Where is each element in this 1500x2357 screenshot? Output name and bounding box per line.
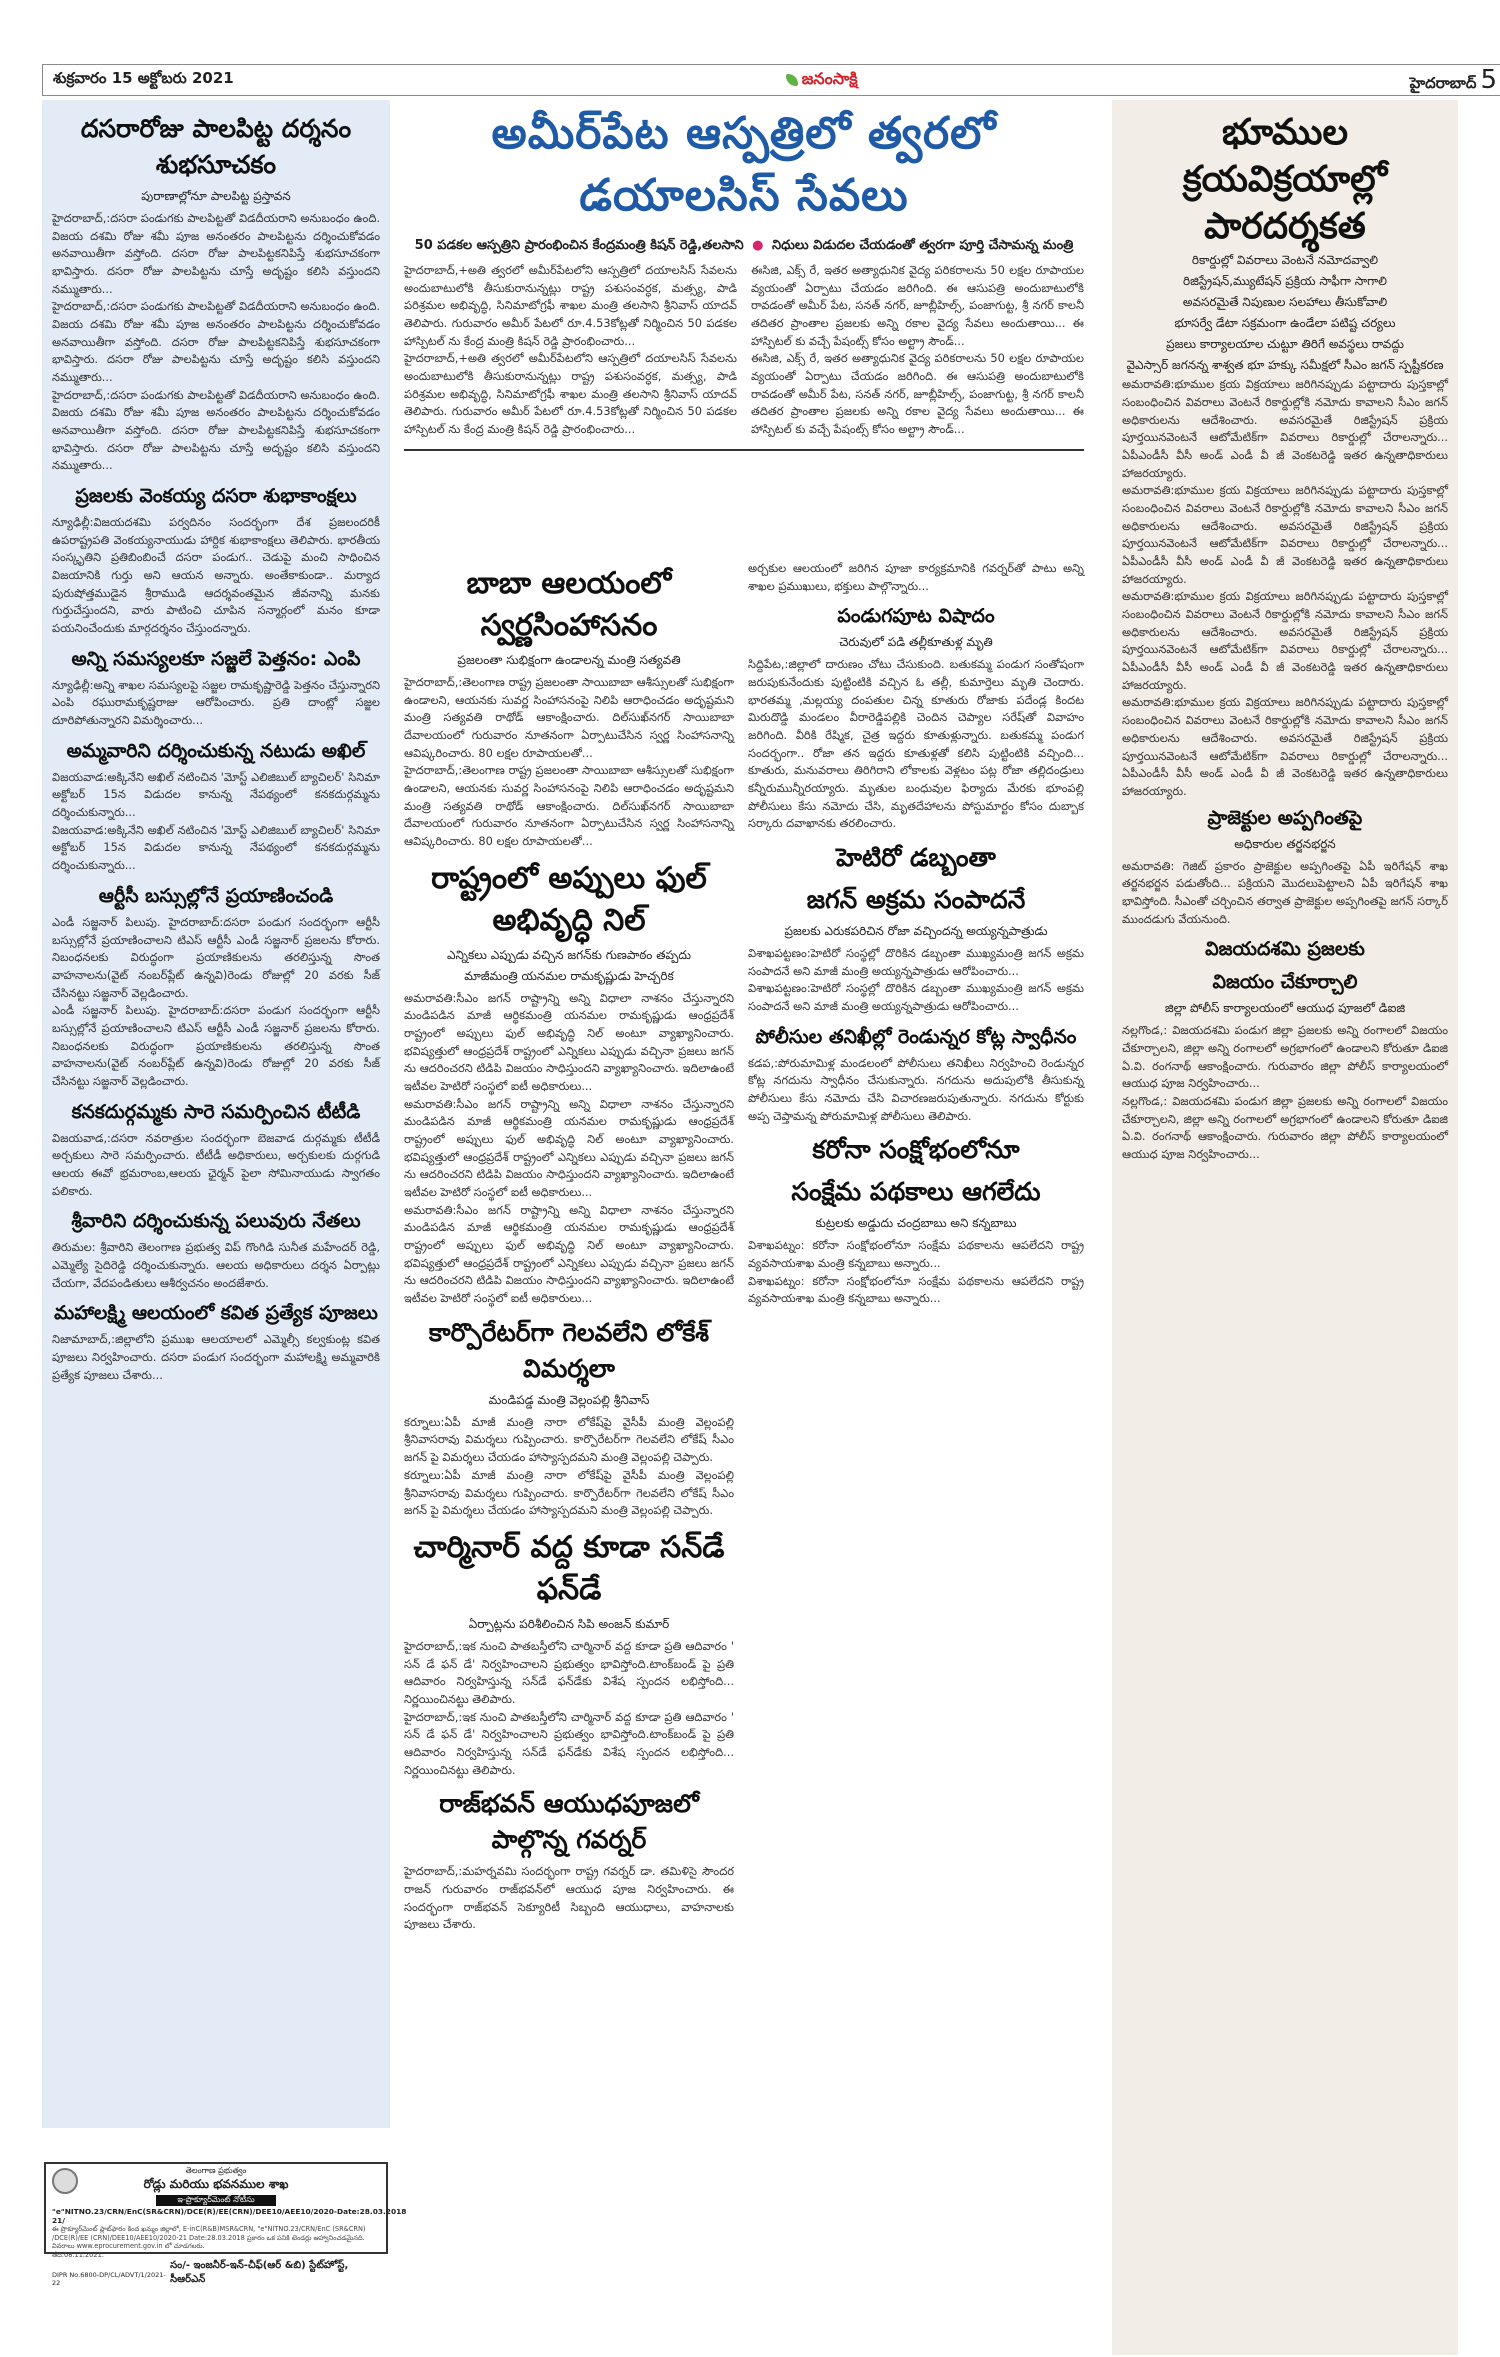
government-emblem-icon	[52, 2168, 78, 2194]
story: ప్రాజెక్టుల అప్పగింతపై అధికారుల తర్జనభర్…	[1122, 807, 1448, 929]
story-headline: చార్మినార్ వద్ద కూడా సన్‌డే ఫన్‌డే	[404, 1530, 734, 1614]
story-subhead: ఏర్పాట్లను పరిశీలించిన సిపి అంజన్ కుమార్	[404, 1617, 734, 1634]
story-headline: బాబా ఆలయంలో స్వర్ణసింహాసనం	[404, 566, 734, 650]
story-subhead: జిల్లా పోలీస్ కార్యాలయంలో ఆయుధ పూజలో డిఐ…	[1122, 1001, 1448, 1018]
story: ఆర్టీసీ బస్సుల్లోనే ప్రయాణించండి ఎండీ సజ…	[52, 885, 380, 1091]
story-headline: దసరారోజు పాలపిట్ట దర్శనం శుభసూచకం	[52, 114, 380, 186]
city-label: హైదరాబాద్	[1410, 74, 1477, 92]
story-headline: శ్రీవారిని దర్శించుకున్న పలువురు నేతలు	[52, 1210, 380, 1237]
story-body: సిద్దిపేట,:జిల్లాలో దారుణం చోటు చేసుకుంద…	[748, 656, 1084, 833]
story-body: నిజామాబాద్,:జిల్లాలోని ప్రముఖ ఆలయాలలో ఎమ…	[52, 1331, 380, 1384]
page-header: శుక్రవారం 15 అక్టోబరు 2021 జనంసాక్షి హైద…	[42, 64, 1500, 96]
lead-subheads: 50 పడకల ఆస్పత్రిని ప్రారంభించిన కేంద్రమం…	[404, 238, 1084, 256]
lead-body-right: ఈసిజి, ఎక్స్ రే, ఇతర అత్యాధునిక వైద్య పర…	[751, 262, 1084, 350]
right-subhead: భూసర్వే డేటా సక్రమంగా ఉండేలా పటిష్ట చర్య…	[1122, 313, 1448, 334]
story-body: విజయవాడ,:దసరా నవరాత్రుల సందర్భంగా బెజవాడ…	[52, 1130, 380, 1201]
story-subhead: ఎన్నికలు ఎప్పుడు వచ్చిన జగన్‌కు గుణపాఠం …	[404, 948, 734, 965]
story-body: కర్నూలు:ఏపీ మాజీ మంత్రి నారా లోకేష్‌పై వ…	[404, 1467, 734, 1520]
story-body: కడప,:పోరుమామిళ్ల మండలంలో పోలీసులు తనిఖీల…	[748, 1055, 1084, 1126]
lead-body: హైదరాబాద్,+అతి త్వరలో అమీర్‌పేటలోని ఆస్ప…	[404, 262, 1084, 439]
story-headline: విజయదశమి ప్రజలకు	[1122, 938, 1448, 965]
story-headline-2: సంక్షేమ పథకాలు ఆగలేదు	[748, 1177, 1084, 1213]
story-body: ఎండీ సజ్జనార్ పిలుపు. హైదరాబాద్:దసరా పండ…	[52, 1002, 380, 1090]
right-body: అమరావతి:భూముల క్రయ విక్రయాలు జరిగినప్పుడ…	[1122, 376, 1448, 482]
bullet-icon: ●	[752, 238, 763, 253]
brand-name: జనంసాక్షి	[802, 69, 858, 92]
story-subhead: మండిపడ్డ మంత్రి వెల్లంపల్లి శ్రీనివాస్	[404, 1393, 734, 1410]
ad-signature: సం/- ఇంజనీర్-ఇన్-చీఫ్(ఆర్ &బి) స్టేట్‌హో…	[170, 2259, 380, 2287]
story-body: విశాఖపట్టణం:హెటిరో సంస్థల్లో దొరికిన డబ్…	[748, 945, 1084, 980]
story-body: హైదరాబాద్,:దసరా పండుగకు పాలపిట్టతో విడదీ…	[52, 210, 380, 298]
lead-headline: అమీర్‌పేట ఆస్పత్రిలో త్వరలో డయాలసిస్ సేవ…	[404, 100, 1084, 232]
story: అర్చకుల ఆలయంలో జరిగిన పూజా కార్యక్రమానిక…	[748, 560, 1084, 595]
story-body: అమరావతి: గెజిట్ ప్రకారం ప్రాజెక్టుల అప్ప…	[1122, 858, 1448, 929]
story: అమ్మవారిని దర్శించుకున్న నటుడు అఖిల్ విజ…	[52, 740, 380, 875]
story: హెటిరో డబ్బంతా జగన్ అక్రమ సంపాదనే ప్రజలక…	[748, 843, 1084, 1016]
story-headline: మహాలక్ష్మి ఆలయంలో కవిత ప్రత్యేక పూజలు	[52, 1302, 380, 1329]
ad-reference: "e"NITNO.23/CRN/EnC(SR&CRN)/DCE(R)/EE(CR…	[52, 2207, 380, 2225]
story: కరోనా సంక్షోభంలోనూ సంక్షేమ పథకాలు ఆగలేదు…	[748, 1135, 1084, 1308]
story-headline: ఆర్టీసీ బస్సుల్లోనే ప్రయాణించండి	[52, 885, 380, 912]
lead-story: అమీర్‌పేట ఆస్పత్రిలో త్వరలో డయాలసిస్ సేవ…	[404, 100, 1084, 461]
page-number: 5	[1480, 65, 1497, 95]
story-body: విశాఖపట్నం: కరోనా సంక్షోభంలోనూ సంక్షేమ ప…	[748, 1273, 1084, 1308]
story-headline: పోలీసుల తనిఖీల్లో రెండున్నర కోట్ల స్వాధీ…	[748, 1026, 1084, 1053]
story-body: హైదరాబాద్,:దసరా పండుగకు పాలపిట్టతో విడదీ…	[52, 387, 380, 475]
story-headline: కరోనా సంక్షోభంలోనూ	[748, 1135, 1084, 1171]
story-body: హైదరాబాద్,:ఇక నుంచి పాతబస్తీలోని చార్మిన…	[404, 1709, 734, 1780]
story-body: విజయవాడ:అక్కినేని అఖిల్ నటించిన 'మోస్ట్ …	[52, 769, 380, 822]
lead-body-left: హైదరాబాద్,+అతి త్వరలో అమీర్‌పేటలోని ఆస్ప…	[404, 262, 737, 350]
story-subhead: ప్రజలంతా సుభిక్షంగా ఉండాలన్న మంత్రి సత్య…	[404, 653, 734, 670]
ad-issued-date: తేది:08.11.2021.	[52, 2251, 380, 2260]
right-body: అమరావతి:భూముల క్రయ విక్రయాలు జరిగినప్పుడ…	[1122, 588, 1448, 694]
story-subhead: ప్రజలకు ఎరుకపరిచిన రోజా వచ్చిందన్న అయ్యన…	[748, 924, 1084, 941]
left-column: దసరారోజు పాలపిట్ట దర్శనం శుభసూచకం పురాణా…	[42, 100, 390, 2128]
story-headline: ప్రజలకు వెంకయ్య దసరా శుభాకాంక్షలు	[52, 485, 380, 512]
story-headline: అమ్మవారిని దర్శించుకున్న నటుడు అఖిల్	[52, 740, 380, 767]
story: రాజ్‌భవన్ ఆయుధపూజలో పాల్గొన్న గవర్నర్ హై…	[404, 1789, 734, 1934]
story: రాష్ట్రంలో అప్పులు ఫుల్ అభివృద్ధి నిల్ ఎ…	[404, 861, 734, 1308]
ad-department: రోడ్లు మరియు భవనముల శాఖ	[52, 2177, 380, 2194]
story-body: అమరావతి:సీఎం జగన్ రాష్ట్రాన్ని అన్ని విధ…	[404, 990, 734, 1096]
section-divider	[404, 449, 1084, 451]
lead-body-right: ఈసిజి, ఎక్స్ రే, ఇతర అత్యాధునిక వైద్య పర…	[751, 350, 1084, 438]
story-headline: రాజ్‌భవన్ ఆయుధపూజలో పాల్గొన్న గవర్నర్	[404, 1789, 734, 1861]
story: శ్రీవారిని దర్శించుకున్న పలువురు నేతలు త…	[52, 1210, 380, 1292]
story-body: కర్నూలు:ఏపీ మాజీ మంత్రి నారా లోకేష్‌పై వ…	[404, 1414, 734, 1467]
ad-ref-number: "e"NITNO.23/CRN/EnC(SR&CRN)/DCE(R)/EE(CR…	[52, 2207, 337, 2225]
brand-leaf-icon	[786, 74, 798, 86]
story-body: హైదరాబాద్,:దసరా పండుగకు పాలపిట్టతో విడదీ…	[52, 298, 380, 386]
story-body: అమరావతి:సీఎం జగన్ రాష్ట్రాన్ని అన్ని విధ…	[404, 1096, 734, 1202]
right-subhead: రిజిస్ట్రేషన్,మ్యుటేషన్ ప్రక్రియ సాఫీగా …	[1122, 271, 1448, 292]
ad-dipr: DIPR No.6800-DP/CL/ADVT/1/2021-22	[52, 2271, 170, 2287]
story-body: విజయవాడ:అక్కినేని అఖిల్ నటించిన 'మోస్ట్ …	[52, 822, 380, 875]
right-subhead: రికార్డుల్లో వివరాలు వెంటనే నమోదవ్వాలి	[1122, 250, 1448, 271]
story-headline: కార్పొరేటర్‌గా గెలవలేని లోకేశ్ విమర్శలా	[404, 1318, 734, 1390]
story-body: హైదరాబాద్,:తెలంగాణ రాష్ట్ర ప్రజలంతా సాయి…	[404, 674, 734, 762]
right-subhead: అవసరమైతే నిపుణుల సలహాలు తీసుకోవాలి	[1122, 292, 1448, 313]
story-body: హైదరాబాద్,:తెలంగాణ రాష్ట్ర ప్రజలంతా సాయి…	[404, 762, 734, 850]
page-location: హైదరాబాద్5	[1410, 65, 1497, 96]
masthead-brand: జనంసాక్షి	[786, 69, 858, 92]
story-body: హైదరాబాద్,:మహర్నవమి సందర్భంగా రాష్ట్ర గవ…	[404, 1863, 734, 1934]
story-headline-2: జగన్ అక్రమ సంపాదనే	[748, 885, 1084, 921]
tender-advertisement: తెలంగాణ ప్రభుత్వం రోడ్లు మరియు భవనముల శా…	[44, 2162, 388, 2254]
ad-date: Date:28.03.2018	[337, 2207, 406, 2225]
story-body: విశాఖపట్నం: కరోనా సంక్షోభంలోనూ సంక్షేమ ప…	[748, 1237, 1084, 1272]
lead-body-left: హైదరాబాద్,+అతి త్వరలో అమీర్‌పేటలోని ఆస్ప…	[404, 350, 737, 438]
story-headline: పండుగపూట విషాదం	[748, 605, 1084, 632]
story-subhead: పురాణాల్లోనూ పాలపిట్ట ప్రస్తావన	[52, 189, 380, 206]
story-body: న్యూఢిల్లీ:అన్ని శాఖల సమస్యలపై సజ్జల రామ…	[52, 677, 380, 730]
story: పండుగపూట విషాదం చెరువులో పడి తల్లీకూతుళ్…	[748, 605, 1084, 833]
lead-subhead-2: నిధులు విడుదల చేయడంతో త్వరగా పూర్తి చేసా…	[772, 238, 1073, 253]
story-subhead: చెరువులో పడి తల్లీకూతుళ్ల మృతి	[748, 635, 1084, 652]
story-headline-2: విజయం చేకూర్చాలి	[1122, 971, 1448, 998]
story-body: నల్లగొండ,: విజయదశమి పండుగ జిల్లా ప్రజలకు…	[1122, 1022, 1448, 1093]
story-headline: అన్ని సమస్యలకూ సజ్జలే పెత్తనం: ఎంపి	[52, 648, 380, 675]
story-body: విశాఖపట్టణం:హెటిరో సంస్థల్లో దొరికిన డబ్…	[748, 980, 1084, 1015]
story: ప్రజలకు వెంకయ్య దసరా శుభాకాంక్షలు న్యూఢి…	[52, 485, 380, 638]
right-headline: భూముల క్రయవిక్రయాల్లో పారదర్శకత	[1122, 110, 1448, 250]
ad-footer: DIPR No.6800-DP/CL/ADVT/1/2021-22 సం/- ఇ…	[52, 2259, 380, 2287]
right-body: అమరావతి:భూముల క్రయ విక్రయాలు జరిగినప్పుడ…	[1122, 694, 1448, 800]
story: మహాలక్ష్మి ఆలయంలో కవిత ప్రత్యేక పూజలు ని…	[52, 1302, 380, 1384]
right-subhead: వైఎస్సార్ జగనన్న శాశ్వత భూ హక్కు సమీక్షల…	[1122, 355, 1448, 376]
edition-date: శుక్రవారం 15 అక్టోబరు 2021	[53, 69, 234, 91]
story-subhead-2: మాజీమంత్రి యనమల రామకృష్ణుడు హెచ్చరిక	[404, 969, 734, 986]
story: దసరారోజు పాలపిట్ట దర్శనం శుభసూచకం పురాణా…	[52, 114, 380, 475]
right-body: అమరావతి:భూముల క్రయ విక్రయాలు జరిగినప్పుడ…	[1122, 482, 1448, 588]
story: కార్పొరేటర్‌గా గెలవలేని లోకేశ్ విమర్శలా …	[404, 1318, 734, 1520]
story: విజయదశమి ప్రజలకు విజయం చేకూర్చాలి జిల్లా…	[1122, 938, 1448, 1163]
story-headline: రాష్ట్రంలో అప్పులు ఫుల్ అభివృద్ధి నిల్	[404, 861, 734, 945]
story-subhead: అధికారుల తర్జనభర్జన	[1122, 837, 1448, 854]
story-body: అమరావతి:సీఎం జగన్ రాష్ట్రాన్ని అన్ని విధ…	[404, 1202, 734, 1308]
story-headline: కనకదుర్గమ్మకు సారె సమర్పించిన టీటీడి	[52, 1101, 380, 1128]
story-headline: హెటిరో డబ్బంతా	[748, 843, 1084, 879]
ad-body: ఈ ప్రొక్యూర్‌మెంట్ ప్లాట్‌ఫారం కింద ఖమ్మ…	[52, 2225, 380, 2251]
right-subhead: ప్రజలు కార్యాలయాల చుట్టూ తిరిగే అవస్థలు …	[1122, 334, 1448, 355]
right-subheads: రికార్డుల్లో వివరాలు వెంటనే నమోదవ్వాలి ర…	[1122, 250, 1448, 376]
story-body: నల్లగొండ,: విజయదశమి పండుగ జిల్లా ప్రజలకు…	[1122, 1093, 1448, 1164]
story-body: ఎండీ సజ్జనార్ పిలుపు. హైదరాబాద్:దసరా పండ…	[52, 914, 380, 1002]
middle-column-b: అర్చకుల ఆలయంలో జరిగిన పూజా కార్యక్రమానిక…	[748, 560, 1084, 1318]
story: చార్మినార్ వద్ద కూడా సన్‌డే ఫన్‌డే ఏర్పా…	[404, 1530, 734, 1779]
story-headline: ప్రాజెక్టుల అప్పగింతపై	[1122, 807, 1448, 834]
ad-government: తెలంగాణ ప్రభుత్వం	[52, 2166, 380, 2177]
story: బాబా ఆలయంలో స్వర్ణసింహాసనం ప్రజలంతా సుభి…	[404, 566, 734, 851]
middle-column-a: బాబా ఆలయంలో స్వర్ణసింహాసనం ప్రజలంతా సుభి…	[404, 560, 734, 1944]
story-body: తిరుమల: శ్రీవారిని తెలంగాణ ప్రభుత్వ విప్…	[52, 1239, 380, 1292]
ad-notice-title: ఇ-ప్రొక్యూర్‌మెంట్ నోటీసు	[156, 2195, 276, 2206]
story-body: హైదరాబాద్,:ఇక నుంచి పాతబస్తీలోని చార్మిన…	[404, 1638, 734, 1709]
story-subhead: కుట్రలకు అడ్డుదు చంద్రబాబు అని కన్నబాబు	[748, 1216, 1084, 1233]
right-column: భూముల క్రయవిక్రయాల్లో పారదర్శకత రికార్డు…	[1112, 100, 1458, 2355]
story-body: అర్చకుల ఆలయంలో జరిగిన పూజా కార్యక్రమానిక…	[748, 560, 1084, 595]
story: కనకదుర్గమ్మకు సారె సమర్పించిన టీటీడి విజ…	[52, 1101, 380, 1201]
lead-subhead-1: 50 పడకల ఆస్పత్రిని ప్రారంభించిన కేంద్రమం…	[415, 238, 744, 253]
story-body: న్యూఢిల్లీ:విజయదశమి పర్వదినం సందర్భంగా ద…	[52, 514, 380, 638]
story: పోలీసుల తనిఖీల్లో రెండున్నర కోట్ల స్వాధీ…	[748, 1026, 1084, 1126]
story: అన్ని సమస్యలకూ సజ్జలే పెత్తనం: ఎంపి న్యూ…	[52, 648, 380, 730]
